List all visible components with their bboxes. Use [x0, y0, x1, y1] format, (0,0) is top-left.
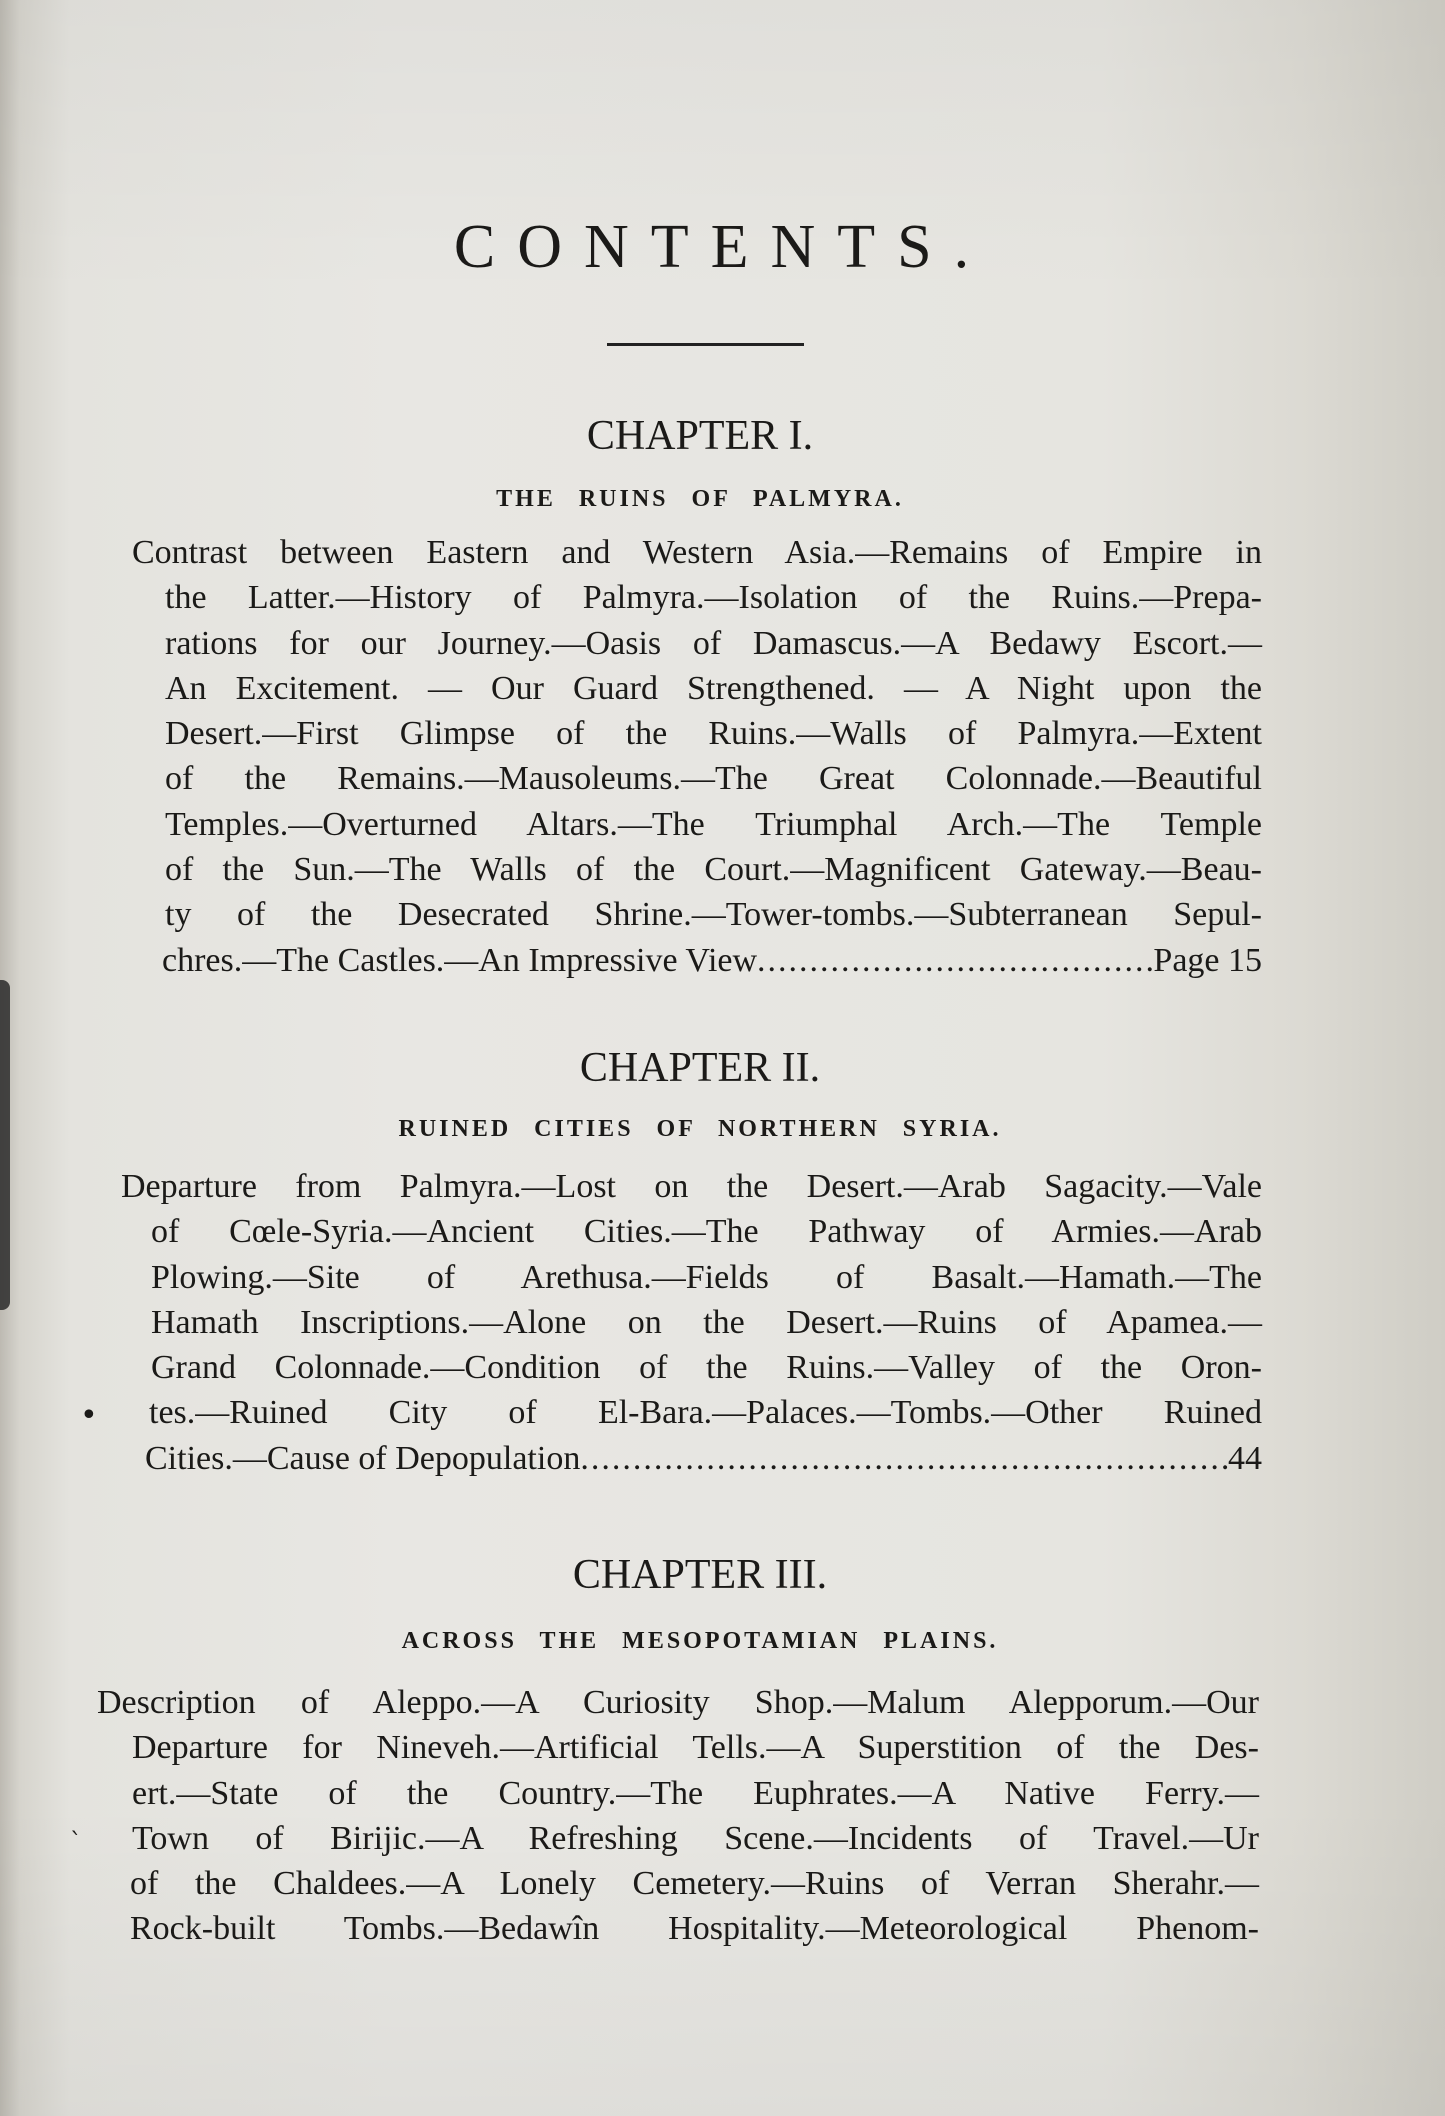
summary-line: of the Chaldees.—A Lonely Cemetery.—Ruin…	[130, 1861, 1259, 1906]
summary-line: Grand Colonnade.—Condition of the Ruins.…	[151, 1345, 1262, 1390]
summary-line: Temples.—Overturned Altars.—The Triumpha…	[165, 802, 1262, 847]
chapter-1-heading: CHAPTER I.	[0, 412, 1400, 460]
summary-line: chres.—The Castles.—An Impressive View	[162, 938, 757, 983]
summary-line: of the Remains.—Mausoleums.—The Great Co…	[165, 756, 1262, 801]
summary-line: tes.—Ruined City of El-Bara.—Palaces.—To…	[149, 1390, 1262, 1435]
summary-line: Rock-built Tombs.—Bedawîn Hospitality.—M…	[130, 1906, 1259, 1951]
summary-line: Plowing.—Site of Arethusa.—Fields of Bas…	[151, 1255, 1262, 1300]
summary-line: An Excitement. — Our Guard Strengthened.…	[165, 666, 1262, 711]
stray-mark: •	[80, 1398, 98, 1433]
summary-line: Town of Birijic.—A Refreshing Scene.—Inc…	[132, 1816, 1259, 1861]
summary-line: the Latter.—History of Palmyra.—Isolatio…	[165, 575, 1262, 620]
summary-line: Contrast between Eastern and Western Asi…	[132, 530, 1262, 575]
summary-line: Hamath Inscriptions.—Alone on the Desert…	[151, 1300, 1262, 1345]
chapter-1-subtitle: THE RUINS OF PALMYRA.	[0, 486, 1400, 513]
chapter-2-subtitle: RUINED CITIES OF NORTHERN SYRIA.	[0, 1116, 1400, 1143]
summary-line: ert.—State of the Country.—The Euphrates…	[132, 1771, 1259, 1816]
summary-line: Desert.—First Glimpse of the Ruins.—Wall…	[165, 711, 1262, 756]
summary-last-line: chres.—The Castles.—An Impressive View P…	[162, 938, 1262, 983]
page-title: CONTENTS.	[0, 212, 1445, 283]
stray-mark: `	[70, 1828, 82, 1856]
leader-dots	[757, 938, 1153, 983]
summary-line: ty of the Desecrated Shrine.—Tower-tombs…	[165, 892, 1262, 937]
summary-line: Description of Aleppo.—A Curiosity Shop.…	[97, 1680, 1259, 1725]
chapter-3-subtitle: ACROSS THE MESOPOTAMIAN PLAINS.	[0, 1628, 1400, 1655]
summary-line: of Cœle-Syria.—Ancient Cities.—The Pathw…	[151, 1209, 1262, 1254]
chapter-3-heading: CHAPTER III.	[0, 1551, 1400, 1599]
chapter-3-summary: Description of Aleppo.—A Curiosity Shop.…	[97, 1680, 1259, 1952]
binding-edge	[0, 980, 10, 1310]
summary-line: Departure for Nineveh.—Artificial Tells.…	[132, 1725, 1259, 1770]
summary-line: rations for our Journey.—Oasis of Damasc…	[165, 621, 1262, 666]
summary-line: Cities.—Cause of Depopulation	[145, 1436, 580, 1481]
chapter-2-heading: CHAPTER II.	[0, 1044, 1400, 1092]
page-reference: 44	[1228, 1436, 1262, 1481]
chapter-1-summary: Contrast between Eastern and Western Asi…	[132, 530, 1262, 983]
chapter-2-summary: Departure from Palmyra.—Lost on the Dese…	[121, 1164, 1262, 1481]
summary-line: Departure from Palmyra.—Lost on the Dese…	[121, 1164, 1262, 1209]
leader-dots	[580, 1436, 1228, 1481]
title-rule	[607, 343, 804, 346]
summary-last-line: Cities.—Cause of Depopulation 44	[145, 1436, 1262, 1481]
summary-line: of the Sun.—The Walls of the Court.—Magn…	[165, 847, 1262, 892]
page-reference: Page 15	[1153, 938, 1262, 983]
